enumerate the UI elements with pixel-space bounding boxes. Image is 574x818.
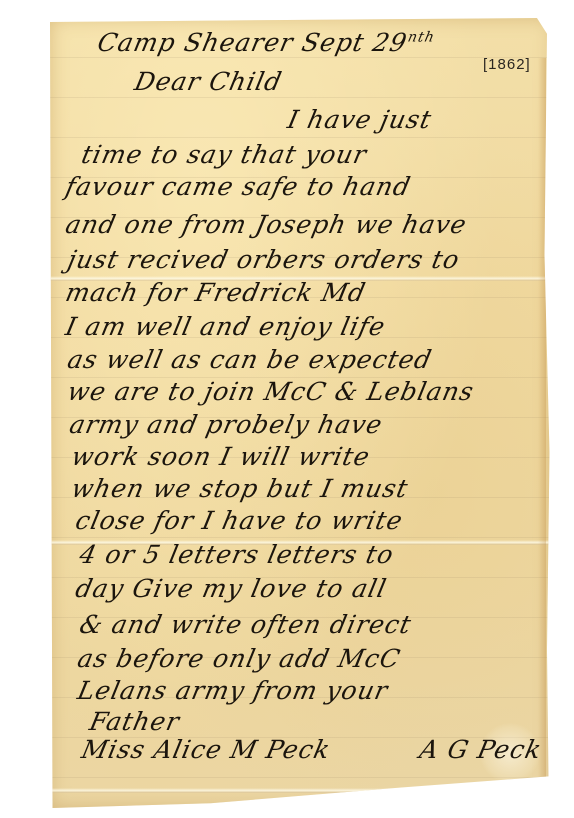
body-line: we are to join McC & Leblans	[65, 377, 477, 406]
body-line: time to say that your	[79, 140, 370, 169]
body-line: I am well and enjoy life	[63, 312, 388, 341]
body-line: Lelans army from your	[75, 676, 391, 705]
body-line: as before only add McC	[75, 644, 403, 673]
letter-heading: Camp Shearer Sept 29nth	[95, 28, 437, 57]
body-line: and one from Joseph we have	[63, 210, 470, 239]
body-line: mach for Fredrick Md	[63, 278, 369, 307]
paper-edge-stain	[538, 58, 546, 778]
body-line: when we stop but I must	[69, 474, 411, 503]
paper-fold-crease	[50, 788, 552, 793]
letter-closing: Father	[87, 707, 183, 736]
body-line: I have just	[285, 105, 435, 134]
sender-signature: A G Peck	[417, 735, 545, 764]
body-line: & and write often direct	[77, 610, 414, 639]
recipient-address: Miss Alice M Peck	[79, 735, 333, 764]
body-line: day Give my love to all	[73, 574, 390, 603]
salutation: Dear Child	[132, 67, 285, 96]
body-line: just recived orbers orders to	[65, 245, 463, 274]
body-line: 4 or 5 letters letters to	[77, 540, 397, 569]
place-date: Camp Shearer Sept 29	[95, 28, 410, 57]
body-line: close for I have to write	[73, 506, 406, 535]
date-suffix: nth	[406, 30, 436, 46]
body-line: army and probely have	[67, 410, 386, 439]
archival-year-annotation: [1862]	[483, 56, 531, 73]
body-line: as well as can be expected	[65, 345, 435, 374]
body-line: work soon I will write	[69, 442, 373, 471]
body-line: favour came safe to hand	[63, 172, 414, 201]
